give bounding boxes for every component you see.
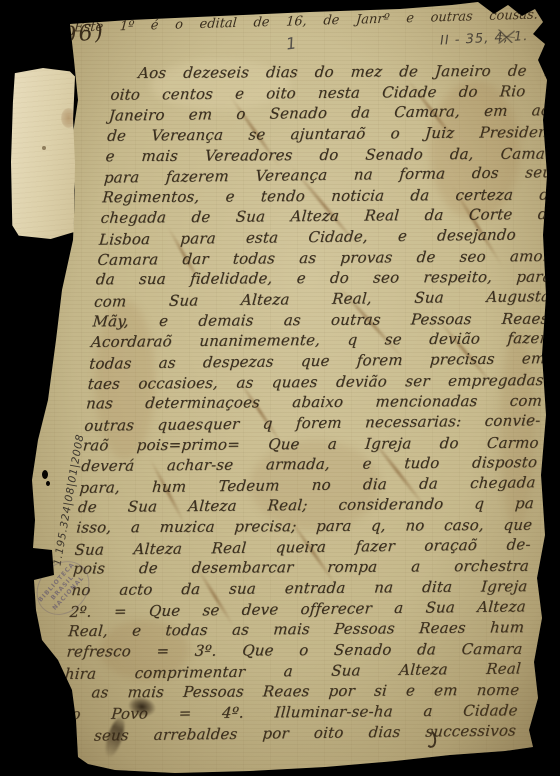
tear-hole [42,470,48,479]
manuscript-page: Este 1º é o edital de 16, de Janrº e out… [0,0,560,776]
patch-texture [11,68,75,239]
seal-mark [61,108,76,128]
repair-patch [11,68,75,239]
manuscript-body: Aos dezeseis dias do mez de Janeiro de m… [59,61,560,747]
scan-background: Este 1º é o edital de 16, de Janrº e out… [0,0,560,776]
tear-hole [46,481,50,486]
manuscript-line: de Vereança se ajuntaraõ o Juiz Presiden… [106,123,560,148]
patch-spot [42,146,46,150]
scribble-mark [498,29,516,44]
